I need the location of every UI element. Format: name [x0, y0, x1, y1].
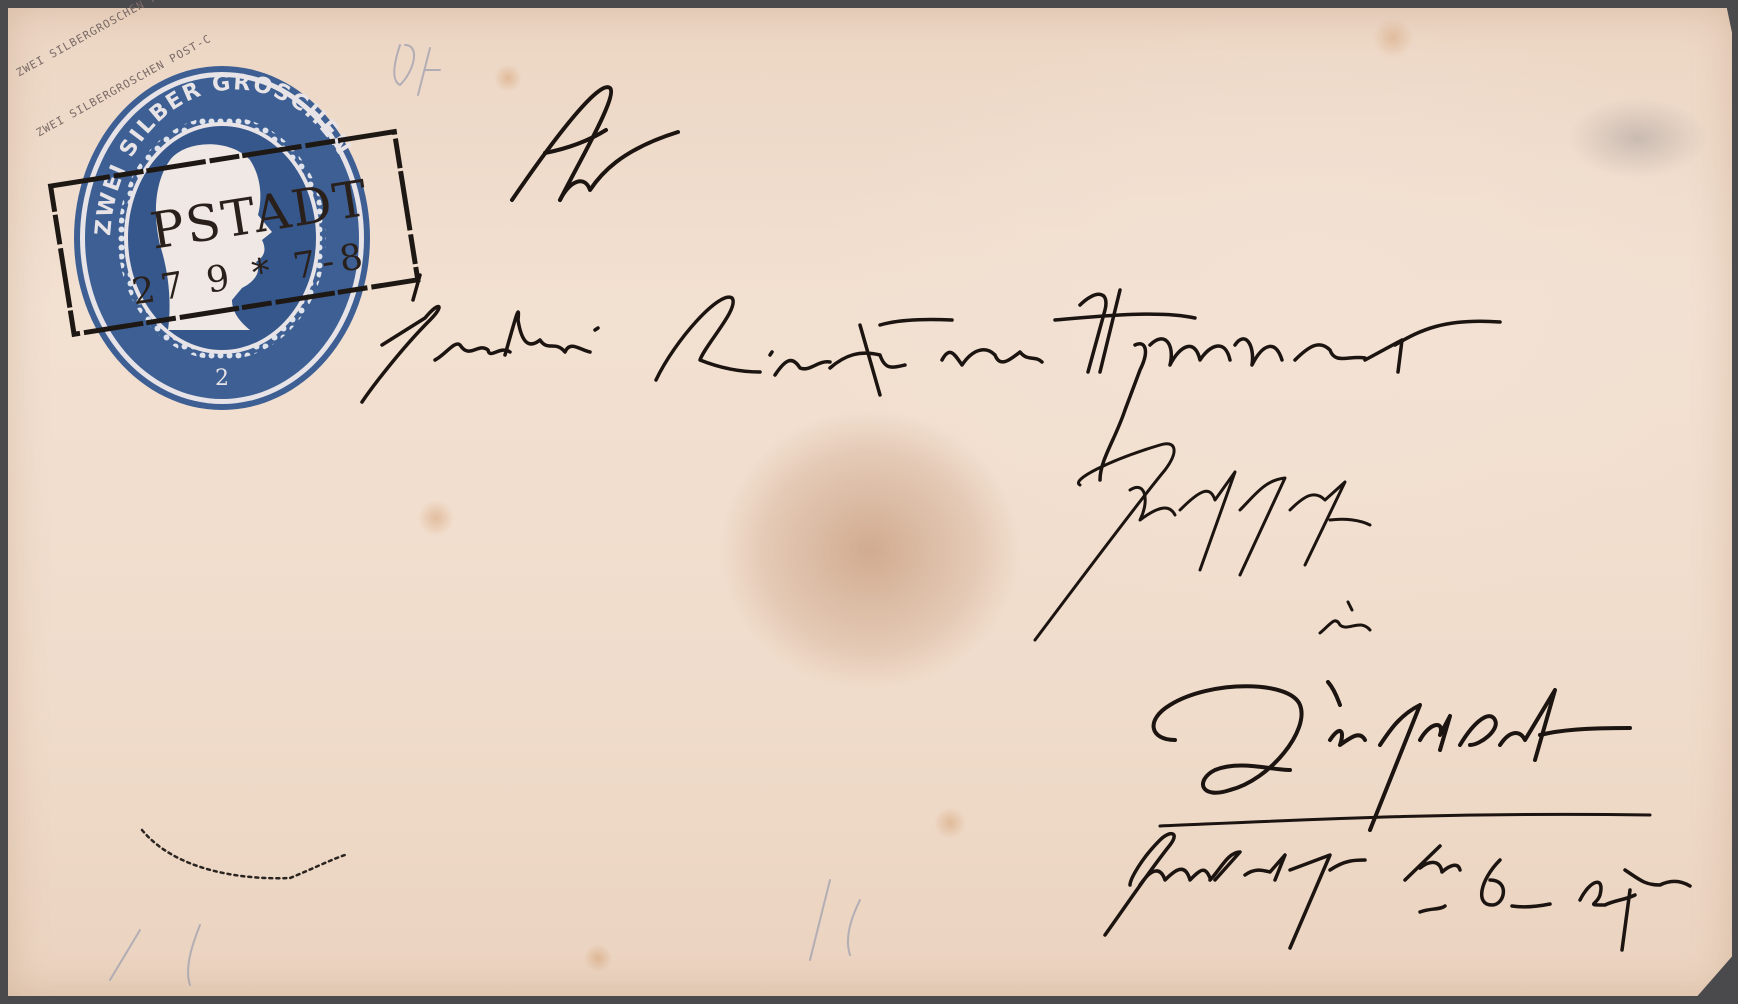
address-handwriting	[0, 0, 1738, 1004]
salutation-an	[512, 87, 678, 200]
recipient-line	[362, 275, 1500, 480]
pencil-marks	[110, 45, 860, 985]
street-line	[1105, 834, 1690, 950]
faint-postmark-arc	[142, 830, 345, 878]
title-line	[1035, 444, 1370, 640]
city-line	[1154, 682, 1650, 830]
